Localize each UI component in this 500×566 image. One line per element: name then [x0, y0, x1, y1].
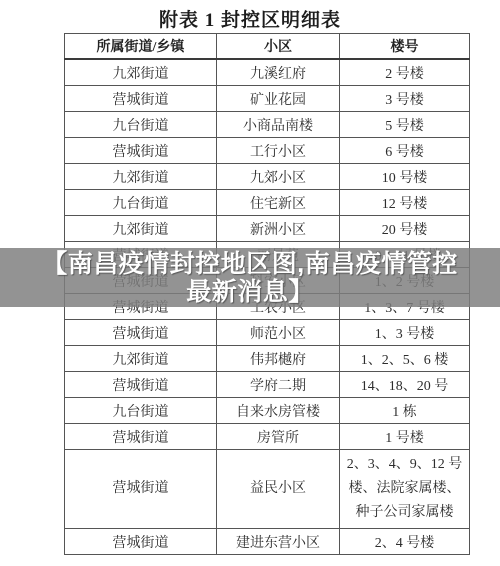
cell-buildings: 6 号楼 — [340, 138, 470, 164]
column-header-building: 楼号 — [340, 34, 470, 60]
cell-buildings: 3 号楼 — [340, 86, 470, 112]
watermark-line-2: 最新消息】 — [186, 278, 314, 306]
cell-street: 九郊街道 — [65, 59, 217, 86]
cell-street: 营城街道 — [65, 138, 217, 164]
cell-street: 九台街道 — [65, 112, 217, 138]
cell-buildings: 5 号楼 — [340, 112, 470, 138]
cell-community: 住宅新区 — [217, 190, 340, 216]
cell-community: 小商品南楼 — [217, 112, 340, 138]
cell-buildings: 1 号楼 — [340, 424, 470, 450]
table-row: 九郊街道九郊小区10 号楼 — [65, 164, 470, 190]
table-row: 营城街道工行小区6 号楼 — [65, 138, 470, 164]
watermark-line-1: 【南昌疫情封控地区图,南昌疫情管控 — [42, 250, 457, 278]
cell-street: 九郊街道 — [65, 346, 217, 372]
cell-street: 九台街道 — [65, 398, 217, 424]
cell-street: 营城街道 — [65, 320, 217, 346]
column-header-community: 小区 — [217, 34, 340, 60]
table-row: 九郊街道九溪红府2 号楼 — [65, 59, 470, 86]
column-header-street: 所属街道/乡镇 — [65, 34, 217, 60]
cell-buildings: 12 号楼 — [340, 190, 470, 216]
cell-community: 建进东营小区 — [217, 529, 340, 555]
cell-buildings: 1 栋 — [340, 398, 470, 424]
cell-buildings: 2、4 号楼 — [340, 529, 470, 555]
cell-community: 学府二期 — [217, 372, 340, 398]
cell-community: 工行小区 — [217, 138, 340, 164]
cell-street: 营城街道 — [65, 529, 217, 555]
table-row: 营城街道房管所1 号楼 — [65, 424, 470, 450]
table-row: 营城街道益民小区2、3、4、9、12 号楼、法院家属楼、种子公司家属楼 — [65, 450, 470, 529]
cell-buildings: 1、3 号楼 — [340, 320, 470, 346]
table-row: 九郊街道伟邦樾府1、2、5、6 楼 — [65, 346, 470, 372]
cell-street: 九台街道 — [65, 190, 217, 216]
cell-community: 九郊小区 — [217, 164, 340, 190]
watermark-overlay: 【南昌疫情封控地区图,南昌疫情管控 最新消息】 — [0, 248, 500, 307]
table-row: 营城街道学府二期14、18、20 号 — [65, 372, 470, 398]
cell-community: 房管所 — [217, 424, 340, 450]
cell-street: 九郊街道 — [65, 164, 217, 190]
table-row: 九台街道小商品南楼5 号楼 — [65, 112, 470, 138]
cell-street: 营城街道 — [65, 424, 217, 450]
cell-street: 九郊街道 — [65, 216, 217, 242]
page-title: 附表 1 封控区明细表 — [0, 5, 500, 32]
cell-buildings: 2、3、4、9、12 号楼、法院家属楼、种子公司家属楼 — [340, 450, 470, 529]
table-row: 九台街道自来水房管楼1 栋 — [65, 398, 470, 424]
cell-buildings: 10 号楼 — [340, 164, 470, 190]
table-row: 九郊街道新洲小区20 号楼 — [65, 216, 470, 242]
cell-community: 伟邦樾府 — [217, 346, 340, 372]
cell-street: 营城街道 — [65, 86, 217, 112]
cell-community: 自来水房管楼 — [217, 398, 340, 424]
cell-buildings: 14、18、20 号 — [340, 372, 470, 398]
cell-community: 新洲小区 — [217, 216, 340, 242]
cell-street: 营城街道 — [65, 372, 217, 398]
cell-community: 九溪红府 — [217, 59, 340, 86]
table-row: 营城街道师范小区1、3 号楼 — [65, 320, 470, 346]
table-row: 营城街道矿业花园3 号楼 — [65, 86, 470, 112]
cell-community: 益民小区 — [217, 450, 340, 529]
cell-buildings: 20 号楼 — [340, 216, 470, 242]
cell-buildings: 1、2、5、6 楼 — [340, 346, 470, 372]
cell-street: 营城街道 — [65, 450, 217, 529]
cell-buildings: 2 号楼 — [340, 59, 470, 86]
cell-community: 师范小区 — [217, 320, 340, 346]
table-header-row: 所属街道/乡镇小区楼号 — [65, 34, 470, 60]
table-row: 九台街道住宅新区12 号楼 — [65, 190, 470, 216]
cell-community: 矿业花园 — [217, 86, 340, 112]
table-row: 营城街道建进东营小区2、4 号楼 — [65, 529, 470, 555]
